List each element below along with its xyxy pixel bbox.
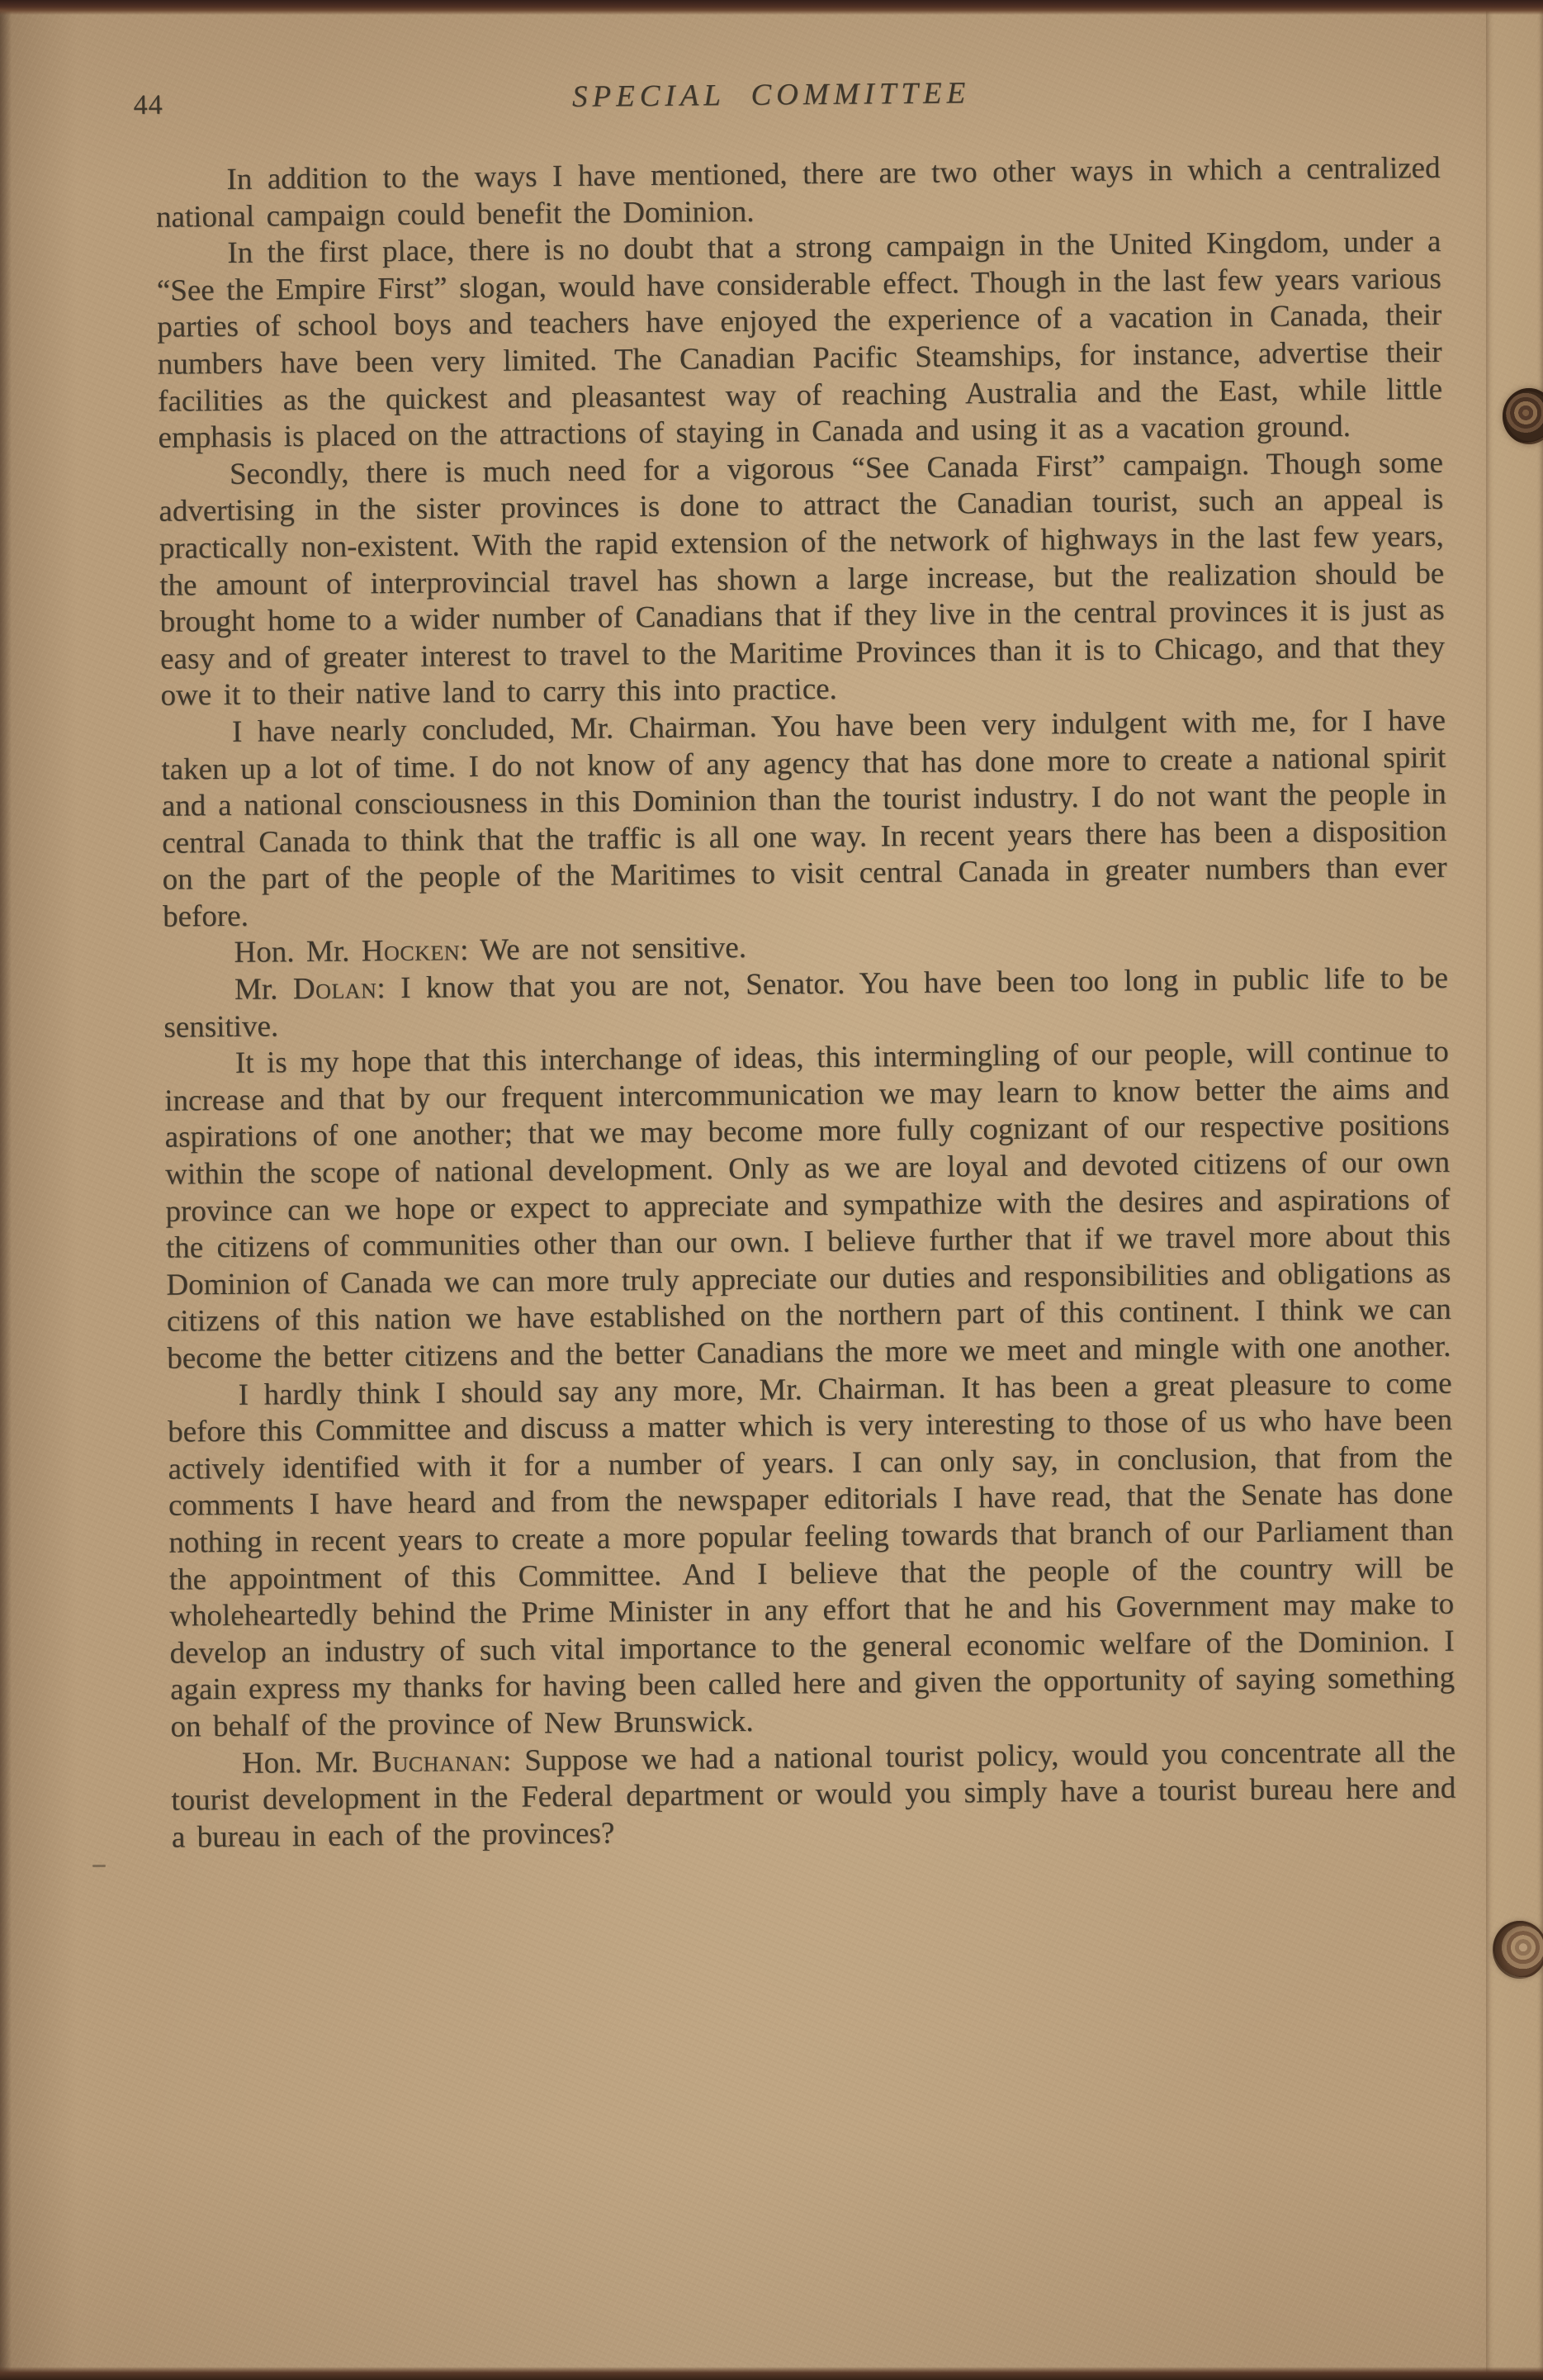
scan-edge-top xyxy=(0,0,1543,15)
page-content: 44 SPECIAL COMMITTEE In addition to the … xyxy=(0,0,1543,2380)
paragraph: It is my hope that this interchange of i… xyxy=(164,1034,1452,1377)
speaker: Mr. Dolan: xyxy=(234,971,401,1007)
scan-edge-bottom xyxy=(0,2367,1543,2380)
paragraph: Secondly, there is much need for a vigor… xyxy=(159,445,1446,715)
scanned-document-page: { "page": { "number": "44", "header": "S… xyxy=(0,0,1543,2380)
speaker-name: Dolan xyxy=(293,971,377,1006)
speaker: Hon. Mr. Buchanan: xyxy=(242,1743,525,1780)
page-right-edge xyxy=(1486,0,1543,2380)
page-body: In addition to the ways I have mentioned… xyxy=(155,150,1456,1856)
dialogue-paragraph: Hon. Mr. Buchanan: Suppose we had a nati… xyxy=(171,1733,1456,1856)
speaker: Hon. Mr. Hocken: xyxy=(234,934,480,970)
binding-hole-icon xyxy=(1493,1921,1543,1979)
paragraph: I hardly think I should say any more, Mr… xyxy=(167,1365,1455,1746)
paragraph: In addition to the ways I have mentioned… xyxy=(155,150,1441,236)
paragraph: I have nearly concluded, Mr. Chairman. Y… xyxy=(161,703,1447,936)
dialogue-paragraph: Mr. Dolan: I know that you are not, Sena… xyxy=(163,960,1449,1046)
speaker-name: Hocken xyxy=(362,934,461,969)
paragraph: In the first place, there is no doubt th… xyxy=(156,224,1442,457)
running-header: SPECIAL COMMITTEE xyxy=(0,70,1543,121)
speaker-name: Buchanan xyxy=(372,1743,503,1779)
scan-edge-left xyxy=(0,0,12,2380)
